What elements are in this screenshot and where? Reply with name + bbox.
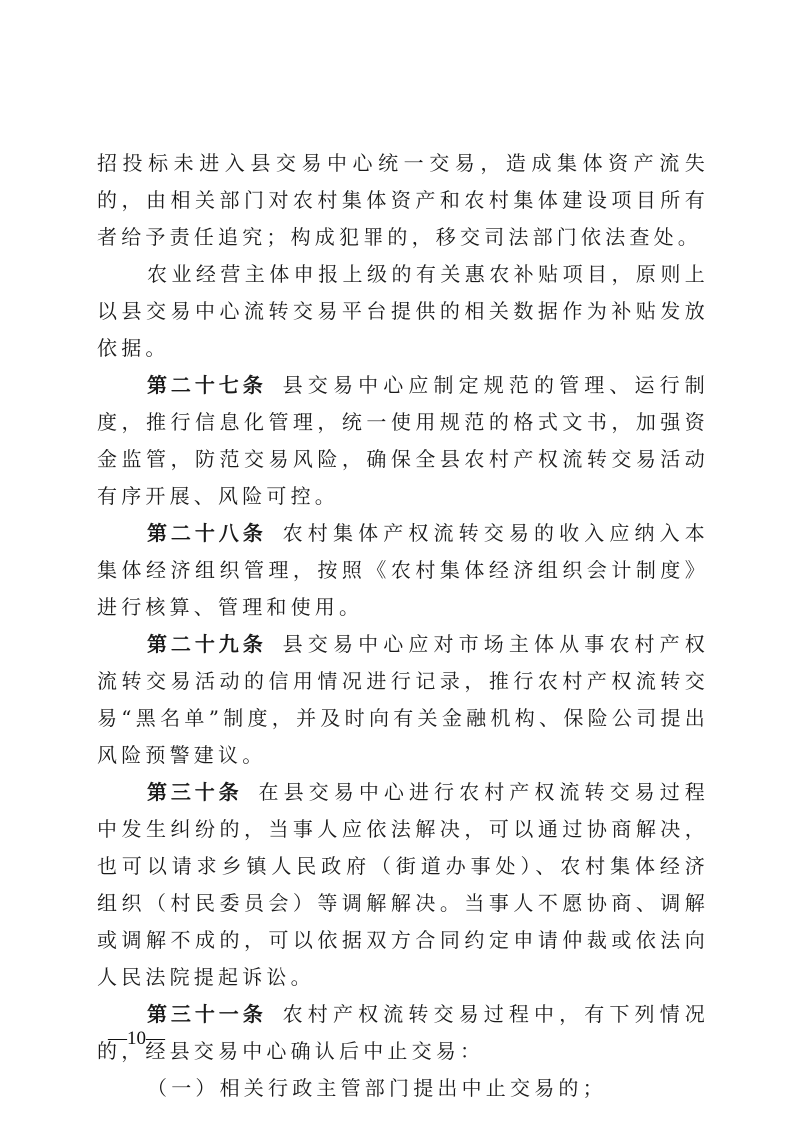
article-30: 第三十条在县交易中心进行农村产权流转交易过程中发生纠纷的，当事人应依法解决，可以…	[97, 774, 709, 996]
article-28: 第二十八条农村集体产权流转交易的收入应纳入本集体经济组织管理，按照《农村集体经济…	[97, 515, 709, 626]
article-heading: 第三十一条	[147, 1002, 267, 1026]
article-31: 第三十一条农村产权流转交易过程中，有下列情况的，经县交易中心确认后中止交易：	[97, 996, 709, 1070]
paragraph-subsidy-basis: 农业经营主体申报上级的有关惠农补贴项目，原则上以县交易中心流转交易平台提供的相关…	[97, 256, 709, 367]
page-number: —10—	[108, 1028, 165, 1050]
article-29: 第二十九条县交易中心应对市场主体从事农村产权流转交易活动的信用情况进行记录，推行…	[97, 626, 709, 774]
document-page: 招投标未进入县交易中心统一交易，造成集体资产流失的，由相关部门对农村集体资产和农…	[97, 145, 709, 1107]
article-27: 第二十七条县交易中心应制定规范的管理、运行制度，推行信息化管理，统一使用规范的格…	[97, 367, 709, 515]
list-item-1: （一）相关行政主管部门提出中止交易的；	[97, 1070, 709, 1107]
article-heading: 第二十七条	[147, 373, 267, 397]
article-heading: 第二十八条	[147, 521, 267, 545]
article-body: 在县交易中心进行农村产权流转交易过程中发生纠纷的，当事人应依法解决，可以通过协商…	[97, 780, 709, 989]
article-heading: 第二十九条	[147, 632, 267, 656]
paragraph-continuation: 招投标未进入县交易中心统一交易，造成集体资产流失的，由相关部门对农村集体资产和农…	[97, 145, 709, 256]
article-heading: 第三十条	[147, 780, 243, 804]
